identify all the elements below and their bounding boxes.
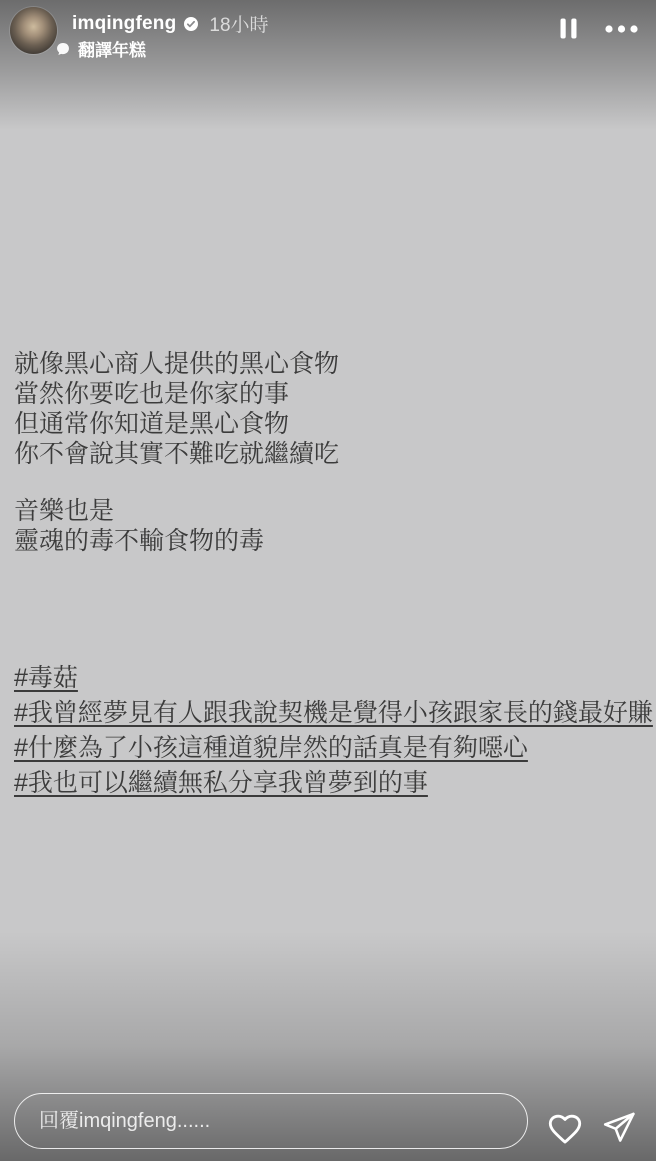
story-text-line: 你不會說其實不難吃就繼續吃	[14, 439, 339, 469]
story-header: imqingfeng 18小時 翻譯年糕	[0, 0, 656, 70]
avatar[interactable]	[10, 7, 57, 54]
heart-icon	[547, 1110, 583, 1146]
story-viewer: imqingfeng 18小時 翻譯年糕	[0, 0, 656, 1161]
pause-icon	[560, 18, 577, 39]
share-button[interactable]	[597, 1106, 641, 1150]
pause-button[interactable]	[556, 14, 581, 43]
translate-button[interactable]: 翻譯年糕	[56, 36, 146, 61]
translate-label: 翻譯年糕	[78, 36, 146, 61]
hashtag-link[interactable]: #什麼為了小孩這種道貌岸然的話真是有夠噁心	[14, 731, 653, 766]
story-text-line: 靈魂的毒不輸食物的毒	[14, 526, 264, 556]
story-text-paragraph-1: 就像黑心商人提供的黑心食物 當然你要吃也是你家的事 但通常你知道是黑心食物 你不…	[14, 349, 339, 469]
reply-input[interactable]	[14, 1093, 528, 1149]
username-row: imqingfeng 18小時	[72, 10, 269, 37]
hashtag-link[interactable]: #我曾經夢見有人跟我說契機是覺得小孩跟家長的錢最好賺	[14, 696, 653, 731]
timestamp: 18小時	[209, 10, 268, 37]
story-text-line: 但通常你知道是黑心食物	[14, 409, 339, 439]
story-text-line: 當然你要吃也是你家的事	[14, 379, 339, 409]
hashtag-link[interactable]: #我也可以繼續無私分享我曾夢到的事	[14, 766, 653, 801]
speech-bubble-icon	[56, 42, 70, 56]
story-hashtags: #毒菇 #我曾經夢見有人跟我說契機是覺得小孩跟家長的錢最好賺 #什麼為了小孩這種…	[14, 661, 653, 801]
like-button[interactable]	[543, 1106, 587, 1150]
verified-badge-icon	[183, 16, 199, 32]
header-actions	[556, 14, 642, 43]
story-text-line: 音樂也是	[14, 496, 264, 526]
story-text-paragraph-2: 音樂也是 靈魂的毒不輸食物的毒	[14, 496, 264, 556]
hashtag-link[interactable]: #毒菇	[14, 661, 653, 696]
paper-plane-icon	[601, 1110, 637, 1146]
username[interactable]: imqingfeng	[72, 13, 176, 35]
story-text-line: 就像黑心商人提供的黑心食物	[14, 349, 339, 379]
more-options-button[interactable]	[601, 21, 642, 37]
ellipsis-icon	[605, 25, 638, 33]
